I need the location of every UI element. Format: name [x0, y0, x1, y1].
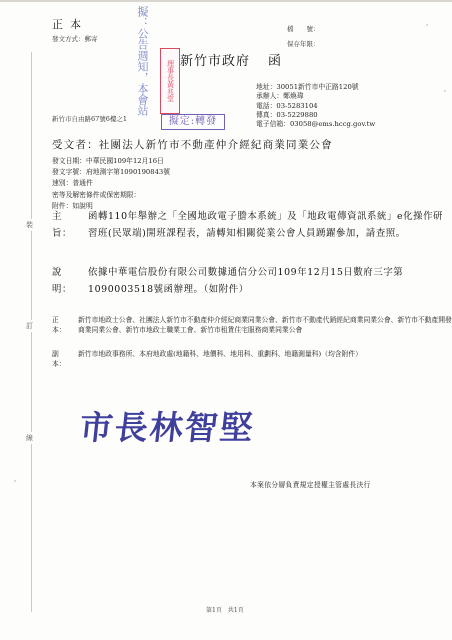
copy-label: 正本: [52, 16, 88, 32]
binding-mark-xian: 線: [26, 432, 33, 444]
send-method: 發文方式：郵寄: [52, 34, 98, 43]
scan-speck: [14, 480, 16, 482]
sender-address: 新竹市自由路67號6樓之1: [52, 114, 127, 123]
copies-label: 副本：: [52, 350, 66, 369]
binding-mark-ding: 訂: [26, 320, 33, 332]
original-recipients-label: 正本：: [52, 316, 66, 335]
scan-speck: [426, 24, 428, 26]
urgency: 速別：普通件: [52, 178, 170, 189]
contact-handler: 承辦人：鄭煥瑋: [256, 92, 375, 101]
issuer-title: 新竹市政府: [180, 50, 250, 69]
contact-address: 地址：30051新竹市中正路120號: [256, 83, 375, 92]
delegation-note: 本案依分層負責規定授權主管處長決行: [250, 479, 371, 489]
doc-type: 函: [268, 50, 281, 69]
scan-speck: [444, 90, 446, 92]
action-stamp: 擬定:轉發: [161, 114, 225, 130]
chairman-seal-text: 理事長黃兆堂: [165, 60, 176, 102]
chairman-seal-stamp: 理事長黃兆堂: [160, 48, 180, 114]
contact-email: 電子信箱：03058@ems.hccg.gov.tw: [256, 120, 375, 129]
page-footer: 第1頁 共1頁: [206, 605, 244, 614]
binding-mark-zhuang: 裝: [26, 219, 33, 231]
doc-number-label: 檔 號：: [287, 24, 320, 33]
contact-fax: 傳真：03-5229880: [256, 111, 375, 120]
retention-label: 保存年限：: [287, 39, 320, 48]
issue-date: 發文日期：中華民國109年12月16日: [52, 156, 170, 167]
mayor-signature: 市長林智堅: [78, 402, 258, 449]
copies-text: 新竹市地政事務所、本府地政處(地籍科、地價科、地用科、重劃科、地籍測量科)（均含…: [78, 350, 452, 360]
received-stamp: 擬：公告週知，本會站: [128, 6, 148, 116]
contact-phone: 電話：03-5283104: [256, 102, 375, 111]
recipient: 受文者：社團法人新竹市不動產仲介經紀商業同業公會: [52, 137, 333, 152]
meta-block: 發文日期：中華民國109年12月16日 發文字號：府地測字第1090190843…: [52, 156, 170, 212]
original-recipients-text: 新竹市地政士公會、社團法人新竹市不動產仲介經紀商業同業公會、新竹市不動產代銷經紀…: [78, 316, 452, 335]
subject-label: 主旨：: [52, 208, 72, 243]
classification: 密等及解密條件或保密期限：: [52, 190, 170, 201]
explanation-text: 依據中華電信股份有限公司數據通信分公司109年12月15日數府三字第109000…: [88, 264, 448, 299]
reference-number: 發文字號：府地測字第1090190843號: [52, 167, 170, 178]
document-page: 裝 訂 線 正本 發文方式：郵寄 檔 號： 保存年限： 新竹市政府 函 新竹市自…: [0, 0, 452, 640]
contact-block: 地址：30051新竹市中正路120號 承辦人：鄭煥瑋 電話：03-5283104…: [256, 83, 375, 129]
subject-text: 函轉110年舉辦之「全國地政電子謄本系統」及「地政電傳資訊系統」e化操作研習班(…: [88, 208, 448, 243]
explanation-label: 說明：: [52, 264, 72, 299]
binding-line: [31, 52, 32, 612]
scan-edge: [0, 0, 452, 2]
